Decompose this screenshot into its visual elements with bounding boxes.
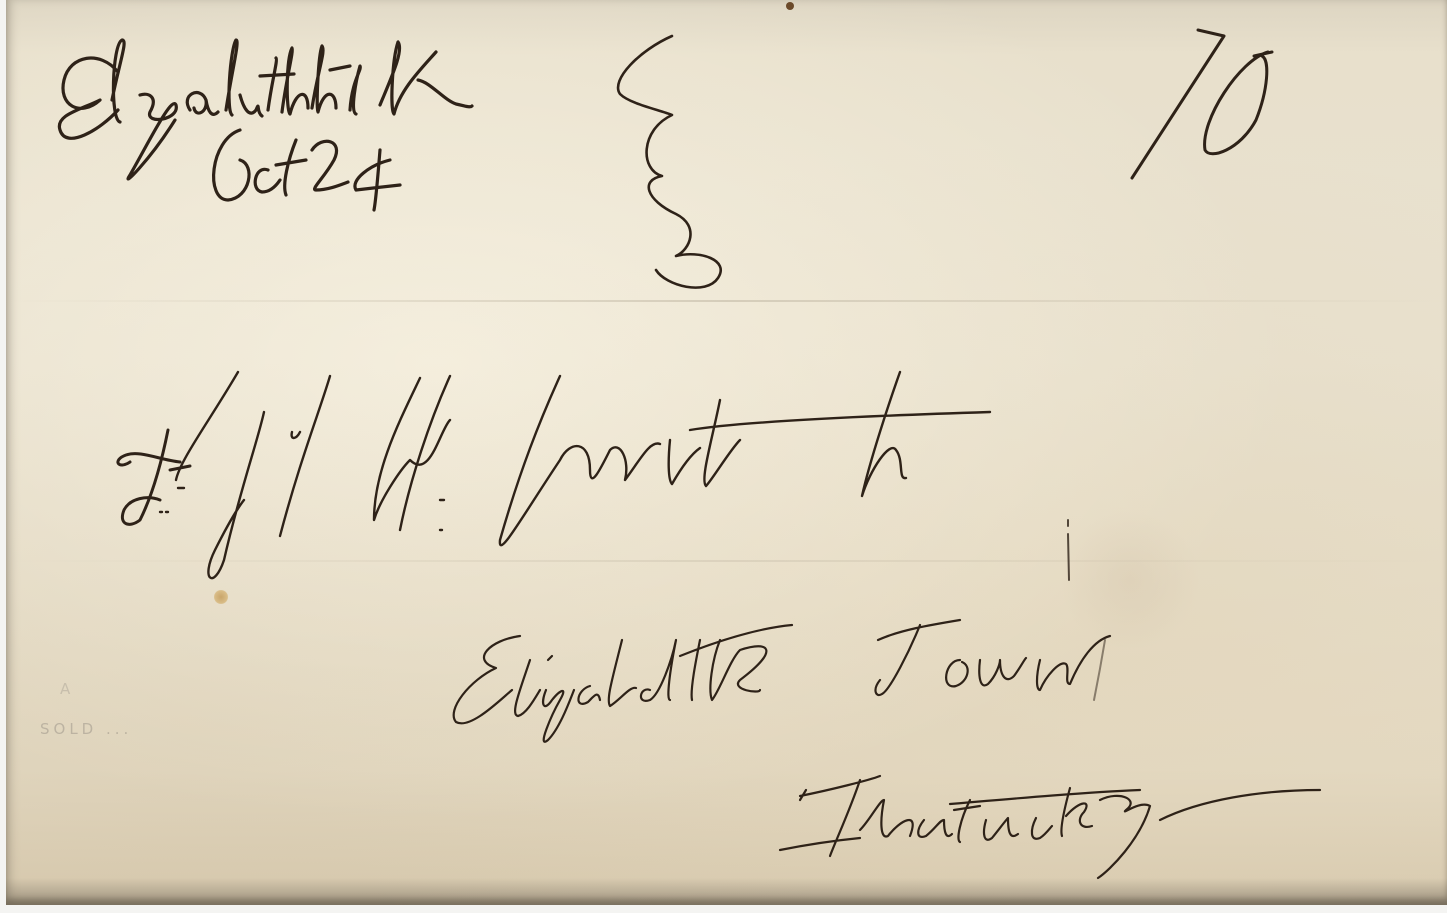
manuscript-numeral-3 xyxy=(618,36,721,288)
manuscript-rate-10 xyxy=(1132,30,1272,178)
ink-ghost-stroke xyxy=(1094,640,1105,700)
manuscript-postmark-town xyxy=(59,40,472,179)
handwriting-layer xyxy=(0,0,1447,913)
manuscript-postmark-date xyxy=(214,130,400,210)
manuscript-city xyxy=(454,620,1110,742)
manuscript-state xyxy=(780,776,1320,878)
manuscript-addressee xyxy=(118,372,990,578)
docket-mark xyxy=(1068,520,1069,580)
